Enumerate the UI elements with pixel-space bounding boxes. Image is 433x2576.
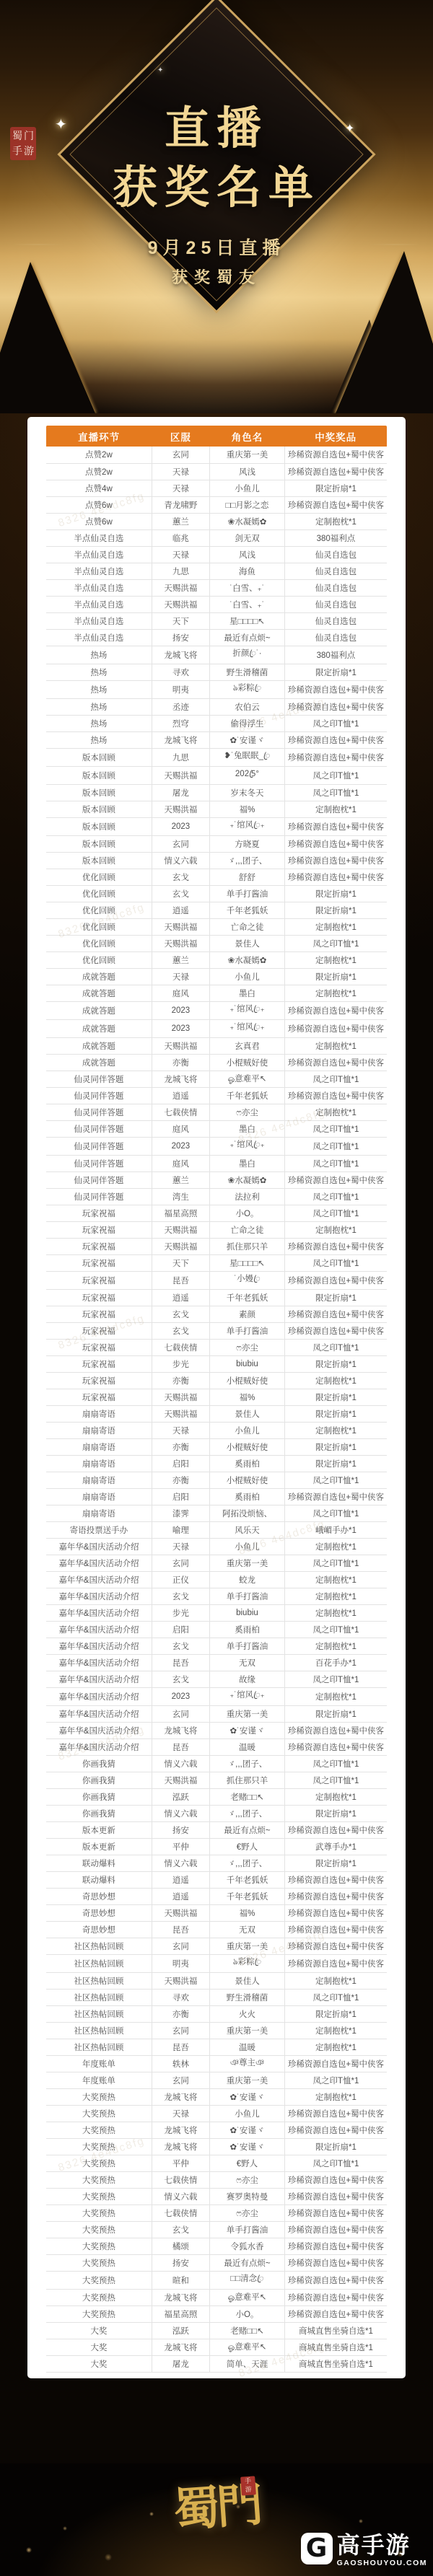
table-cell: 逍遥 — [152, 1871, 209, 1888]
table-row: 大奖预热玄戈单手打酱油珍稀资源自选包+蜀中侠客 — [46, 2221, 387, 2238]
table-cell: 定制抱枕*1 — [284, 1588, 387, 1604]
table-cell: 昆吾 — [152, 1738, 209, 1755]
table-cell: 社区热帖回顾 — [46, 2039, 152, 2055]
table-cell: 单手打酱油 — [210, 1638, 285, 1654]
table-cell: 天赐洪福 — [152, 766, 209, 784]
table-row: 版本更新平仲€野人武尊手办*1 — [46, 1838, 387, 1855]
table-cell: □□清念ꦿ — [210, 2271, 285, 2289]
table-row: 半点仙灵自选天禄风浅仙灵自选包 — [46, 546, 387, 563]
table-cell: 千年老狐妖 — [210, 1871, 285, 1888]
table-cell: ₊˙绾风ꦿ₊ — [210, 1019, 285, 1037]
table-cell: 限定折扇*1 — [284, 1855, 387, 1871]
table-cell: ゞ,,,团子、 — [210, 1855, 285, 1871]
table-cell: 版本回顾 — [46, 784, 152, 801]
table-cell: 限定折扇*1 — [284, 664, 387, 680]
table-cell: 星□□□□↖ — [210, 1254, 285, 1271]
table-cell: 亦衡 — [152, 2005, 209, 2022]
table-cell: ෆ亦尘 — [210, 2171, 285, 2188]
table-cell: 你画我猜 — [46, 1755, 152, 1772]
table-row: 嘉年华&国庆活动介绍玄戈单手打酱油定制抱枕*1 — [46, 1588, 387, 1604]
table-cell: 仙灵自选包 — [284, 596, 387, 612]
table-cell: 逍遥 — [152, 1087, 209, 1104]
table-cell: 珍稀资源自选包+蜀中侠客 — [284, 2105, 387, 2122]
table-cell: 奚雨柏 — [210, 1488, 285, 1505]
table-cell: 舒舒 — [210, 869, 285, 885]
table-row: 嘉年华&国庆活动介绍玄戈单手打酱油定制抱枕*1 — [46, 1638, 387, 1654]
table-row: 联动爆料逍遥千年老狐妖珍稀资源自选包+蜀中侠客 — [46, 1871, 387, 1888]
table-cell: 珍稀资源自选包+蜀中侠客 — [284, 2122, 387, 2138]
table-cell: 启阳 — [152, 1621, 209, 1638]
table-cell: 定制抱枕*1 — [284, 1687, 387, 1705]
table-row: 联动爆料情义六载ゞ,,,团子、限定折扇*1 — [46, 1855, 387, 1871]
table-cell: 版本更新 — [46, 1821, 152, 1838]
table-row: 年度账单轶林ঞ尊主ঞ珍稀资源自选包+蜀中侠客 — [46, 2055, 387, 2072]
table-cell: 凤之印T恤*1 — [284, 1505, 387, 1521]
table-cell: 亦衡 — [152, 1054, 209, 1071]
table-cell: 大奖预热 — [46, 2204, 152, 2221]
table-row: 大奖屠龙简单、天涯商城直售坐骑自选*1 — [46, 2355, 387, 2372]
table-row: 大奖预热龙城飞将ஓ意难平↖珍稀资源自选包+蜀中侠客 — [46, 2289, 387, 2305]
table-cell: 龙城飞将 — [152, 2088, 209, 2105]
table-cell: 380福利点 — [284, 646, 387, 664]
table-row: 优化回顾玄戈单手打酱油限定折扇*1 — [46, 885, 387, 902]
table-row: 大奖预热福星高照小O。珍稀资源自选包+蜀中侠客 — [46, 2305, 387, 2322]
table-cell: 最近有点烦~ — [210, 2254, 285, 2271]
table-cell: 点赞6w — [46, 513, 152, 529]
table-cell: 天赐洪福 — [152, 935, 209, 951]
table-cell: 大奖预热 — [46, 2122, 152, 2138]
table-row: 玩家祝福玄戈单手打酱油珍稀资源自选包+蜀中侠客 — [46, 1322, 387, 1339]
brand-url: GAOSHOUYOU.COM — [337, 2559, 427, 2567]
table-cell: 优化回顾 — [46, 951, 152, 968]
table-row: 热场龙城飞将✿˙安谨ヾ珍稀资源自选包+蜀中侠客 — [46, 731, 387, 748]
table-cell: ✿˙安谨ヾ — [210, 2088, 285, 2105]
table-cell: 启阳 — [152, 1488, 209, 1505]
table-cell: 点赞2w — [46, 447, 152, 463]
table-cell: 故缘 — [210, 1671, 285, 1687]
table-cell: 定制抱枕*1 — [284, 1104, 387, 1120]
table-cell: 限定折扇*1 — [284, 1289, 387, 1306]
table-cell: 2023 — [152, 1687, 209, 1705]
hero-banner: ✦ ✦ ✦ 蜀 门 手 游 直播 获奖名单 9月25日直播 获奖蜀友 — [0, 0, 433, 413]
table-row: 大奖预热情义六载赛罗奥特曼珍稀资源自选包+蜀中侠客 — [46, 2188, 387, 2204]
table-row: 嘉年华&国庆活动介绍正仪蛟龙定制抱枕*1 — [46, 1571, 387, 1588]
table-cell: 珍稀资源自选包+蜀中侠客 — [284, 2221, 387, 2238]
table-cell: 九思 — [152, 748, 209, 766]
table-cell: 天禄 — [152, 1538, 209, 1555]
table-row: 仙灵同伴答题逍遥千年老狐妖珍稀资源自选包+蜀中侠客 — [46, 1087, 387, 1104]
table-cell: 丞迹 — [152, 698, 209, 715]
table-cell: 限定折扇*1 — [284, 1389, 387, 1405]
table-cell: 龙城飞将 — [152, 2138, 209, 2155]
table-cell: 玩家祝福 — [46, 1355, 152, 1372]
table-row: 玩家祝福步光biubiu限定折扇*1 — [46, 1355, 387, 1372]
table-cell: 天赐洪福 — [152, 1389, 209, 1405]
table-cell: 成就答题 — [46, 1054, 152, 1071]
table-row: 奇思妙想天赐洪福福%珍稀资源自选包+蜀中侠客 — [46, 1904, 387, 1921]
table-cell: 珍稀资源自选包+蜀中侠客 — [284, 2289, 387, 2305]
table-cell: 玄同 — [152, 835, 209, 852]
table-cell: ঌ彩粽ꦿ — [210, 1954, 285, 1972]
subtitle-winners: 获奖蜀友 — [0, 265, 433, 288]
table-cell: 限定折扇*1 — [284, 1455, 387, 1472]
table-cell: 定制抱枕*1 — [284, 2088, 387, 2105]
table-cell: 定制抱枕*1 — [284, 2039, 387, 2055]
table-cell: 小鱼儿 — [210, 1422, 285, 1438]
table-cell: 小棍贼好使 — [210, 1438, 285, 1455]
table-row: 大奖预热扬安最近有点烦~珍稀资源自选包+蜀中侠客 — [46, 2254, 387, 2271]
table-cell: 嘉年华&国庆活动介绍 — [46, 1621, 152, 1638]
table-row: 玩家祝福天赐洪福亡命之徒定制抱枕*1 — [46, 1221, 387, 1238]
table-cell: 小鱼儿 — [210, 2105, 285, 2122]
table-cell: 嘉年华&国庆活动介绍 — [46, 1588, 152, 1604]
table-cell: 珍稀资源自选包+蜀中侠客 — [284, 1888, 387, 1904]
table-cell: 凤之印T恤*1 — [284, 1989, 387, 2005]
table-cell: 珍稀资源自选包+蜀中侠客 — [284, 496, 387, 513]
table-cell: 大奖 — [46, 2322, 152, 2339]
table-cell: 亦衡 — [152, 1372, 209, 1389]
table-cell: 珍稀资源自选包+蜀中侠客 — [284, 869, 387, 885]
table-cell: 定制抱枕*1 — [284, 985, 387, 1001]
table-cell: 步光 — [152, 1604, 209, 1621]
table-cell: 扇扇寄语 — [46, 1438, 152, 1455]
table-cell: 限定折扇*1 — [284, 1705, 387, 1722]
table-cell: 成就答题 — [46, 1019, 152, 1037]
table-row: 嘉年华&国庆活动介绍昆吾无双百花手办*1 — [46, 1654, 387, 1671]
table-cell: 情义六载 — [152, 852, 209, 869]
table-cell: 珍稀资源自选包+蜀中侠客 — [284, 2171, 387, 2188]
table-cell: 令狐水香 — [210, 2238, 285, 2254]
table-cell: ❀水凝嫣✿ — [210, 951, 285, 968]
table-cell: 逍遥 — [152, 902, 209, 918]
table-cell: 小鱼儿 — [210, 968, 285, 985]
table-cell: 平仲 — [152, 2155, 209, 2171]
table-cell: 珍稀资源自选包+蜀中侠客 — [284, 1238, 387, 1254]
table-row: 嘉年华&国庆活动介绍2023₊˙绾风ꦿ₊定制抱枕*1 — [46, 1687, 387, 1705]
table-cell: 嘉年华&国庆活动介绍 — [46, 1571, 152, 1588]
table-cell: 玄同 — [152, 1705, 209, 1722]
table-cell: 正仪 — [152, 1571, 209, 1588]
table-row: 半点仙灵自选天赐洪福˙白雪、₊˙仙灵自选包 — [46, 596, 387, 612]
table-cell: 情义六载 — [152, 1805, 209, 1821]
table-cell: 蕙兰 — [152, 951, 209, 968]
table-row: 热场烈穹偷得浮生凤之印T恤*1 — [46, 715, 387, 731]
table-row: 版本回顾天赐洪福2025ꦿ°凤之印T恤*1 — [46, 766, 387, 784]
table-cell: 天赐洪福 — [152, 918, 209, 935]
table-cell: 2023 — [152, 1137, 209, 1155]
table-cell: 大奖预热 — [46, 2105, 152, 2122]
table-cell: 橘颂 — [152, 2238, 209, 2254]
table-cell: 扇扇寄语 — [46, 1405, 152, 1422]
table-cell: 临兆 — [152, 529, 209, 546]
table-cell: 珍稀资源自选包+蜀中侠客 — [284, 680, 387, 698]
table-cell: 半点仙灵自选 — [46, 529, 152, 546]
table-row: 仙灵同伴答题龙城飞将ஓ意难平↖凤之印T恤*1 — [46, 1071, 387, 1087]
table-cell: 天赐洪福 — [152, 579, 209, 596]
table-cell: 玩家祝福 — [46, 1289, 152, 1306]
table-cell: 福% — [210, 1389, 285, 1405]
table-cell: 仙灵自选包 — [284, 629, 387, 646]
brand-text-block: 高手游 GAOSHOUYOU.COM — [337, 2533, 427, 2567]
table-cell: 风浅 — [210, 546, 285, 563]
table-cell: 凤之印T恤*1 — [284, 1555, 387, 1571]
table-row: 玩家祝福七载侠情ෆ亦尘凤之印T恤*1 — [46, 1339, 387, 1355]
table-cell: 仙灵自选包 — [284, 546, 387, 563]
table-cell: 重庆第一美 — [210, 2022, 285, 2039]
table-cell: ✿˙安谨ヾ — [210, 731, 285, 748]
table-cell: 商城直售坐骑自选*1 — [284, 2355, 387, 2372]
table-cell: ঞ尊主ঞ — [210, 2055, 285, 2072]
table-cell: 奚雨柏 — [210, 1621, 285, 1638]
table-cell: 天赐洪福 — [152, 1405, 209, 1422]
table-row: 大奖泓跃老赌□□↖商城直售坐骑自选*1 — [46, 2322, 387, 2339]
table-row: 大奖预热暄和□□清念ꦿ珍稀资源自选包+蜀中侠客 — [46, 2271, 387, 2289]
table-cell: 点赞4w — [46, 480, 152, 496]
table-cell: 珍稀资源自选包+蜀中侠客 — [284, 1001, 387, 1019]
brand-name: 高手游 — [337, 2533, 411, 2557]
table-row: 大奖预热龙城飞将✿˙安谨ヾ定制抱枕*1 — [46, 2088, 387, 2105]
table-row: 优化回顾天赐洪福亡命之徒定制抱枕*1 — [46, 918, 387, 935]
table-cell: 凤之印T恤*1 — [284, 1621, 387, 1638]
prize-table: 直播环节区服角色名中奖奖品 点赞2w玄同重庆第一美珍稀资源自选包+蜀中侠客点赞2… — [46, 426, 387, 2373]
table-cell: 珍稀资源自选包+蜀中侠客 — [284, 1722, 387, 1738]
title-line-1: 直播 — [0, 100, 433, 159]
table-cell: ˙白雪、₊˙ — [210, 596, 285, 612]
table-cell: 凤之印T恤*1 — [284, 784, 387, 801]
table-cell: 定制抱枕*1 — [284, 1638, 387, 1654]
table-cell: 明夷 — [152, 680, 209, 698]
table-cell: 折颜ꦿ˙· — [210, 646, 285, 664]
table-cell: 玩家祝福 — [46, 1372, 152, 1389]
table-row: 扇扇寄语漆霁阿拓没烦恼、凤之印T恤*1 — [46, 1505, 387, 1521]
table-row: 版本回顾屠龙岁末冬天凤之印T恤*1 — [46, 784, 387, 801]
table-cell: 风乐天 — [210, 1521, 285, 1538]
table-cell: 半点仙灵自选 — [46, 612, 152, 629]
table-cell: 暄和 — [152, 2271, 209, 2289]
table-cell: 凤之印T恤*1 — [284, 1155, 387, 1171]
table-cell: 玩家祝福 — [46, 1322, 152, 1339]
table-row: 扇扇寄语亦衡小棍贼好使限定折扇*1 — [46, 1438, 387, 1455]
decorative-line — [13, 244, 65, 245]
table-cell: 珍稀资源自选包+蜀中侠客 — [284, 817, 387, 835]
table-cell: 定制抱枕*1 — [284, 1221, 387, 1238]
table-row: 版本回顾九思❥˙兔眠眠_ꦿ珍稀资源自选包+蜀中侠客 — [46, 748, 387, 766]
table-cell: 半点仙灵自选 — [46, 579, 152, 596]
table-cell: 奇思妙想 — [46, 1904, 152, 1921]
subtitle-date: 9月25日直播 — [0, 234, 433, 260]
table-cell: ෆ亦尘 — [210, 2204, 285, 2221]
table-cell: 亡命之徒 — [210, 1221, 285, 1238]
table-cell: 社区热帖回顾 — [46, 1989, 152, 2005]
column-header: 中奖奖品 — [284, 426, 387, 447]
table-cell: 嘉年华&国庆活动介绍 — [46, 1538, 152, 1555]
column-header: 区服 — [152, 426, 209, 447]
table-cell: 泓跃 — [152, 1788, 209, 1805]
table-cell: 仙灵同伴答题 — [46, 1071, 152, 1087]
table-cell: 赛罗奥特曼 — [210, 2188, 285, 2204]
table-cell: 珍稀资源自选包+蜀中侠客 — [284, 1954, 387, 1972]
table-row: 玩家祝福逍遥千年老狐妖限定折扇*1 — [46, 1289, 387, 1306]
table-cell: ஓ意难平↖ — [210, 1071, 285, 1087]
table-cell: 嘉年华&国庆活动介绍 — [46, 1705, 152, 1722]
table-row: 点赞6w蕙兰❀水凝嫣✿定制抱枕*1 — [46, 513, 387, 529]
table-row: 社区热帖回顾玄同重庆第一美定制抱枕*1 — [46, 2022, 387, 2039]
table-cell: 千年老狐妖 — [210, 1087, 285, 1104]
table-cell: 玩家祝福 — [46, 1339, 152, 1355]
table-cell: 限定折扇*1 — [284, 968, 387, 985]
table-cell: 限定折扇*1 — [284, 1355, 387, 1372]
table-cell: 珍稀资源自选包+蜀中侠客 — [284, 1488, 387, 1505]
table-cell: 珍稀资源自选包+蜀中侠客 — [284, 2254, 387, 2271]
table-cell: 蕙兰 — [152, 513, 209, 529]
table-cell: 联动爆料 — [46, 1855, 152, 1871]
table-cell: 老赌□□↖ — [210, 1788, 285, 1805]
table-cell: 天禄 — [152, 968, 209, 985]
table-cell: 凤之印T恤*1 — [284, 1772, 387, 1788]
table-row: 点赞2w玄同重庆第一美珍稀资源自选包+蜀中侠客 — [46, 447, 387, 463]
table-cell: 单手打酱油 — [210, 2221, 285, 2238]
table-cell: 珍稀资源自选包+蜀中侠客 — [284, 2055, 387, 2072]
table-row: 版本回顾天赐洪福福%定制抱枕*1 — [46, 801, 387, 817]
table-cell: 珍稀资源自选包+蜀中侠客 — [284, 1938, 387, 1954]
table-cell: 玄戈 — [152, 1638, 209, 1654]
table-cell: □□月影之恋 — [210, 496, 285, 513]
table-row: 嘉年华&国庆活动介绍玄同重庆第一美凤之印T恤*1 — [46, 1555, 387, 1571]
table-cell: 成就答题 — [46, 985, 152, 1001]
table-cell: 年度账单 — [46, 2055, 152, 2072]
table-cell: 版本更新 — [46, 1838, 152, 1855]
table-cell: 扇扇寄语 — [46, 1422, 152, 1438]
table-row: 社区热帖回顾亦衡火火限定折扇*1 — [46, 2005, 387, 2022]
table-cell: 凤之印T恤*1 — [284, 1120, 387, 1137]
table-row: 嘉年华&国庆活动介绍龙城飞将✿˙安谨ヾ珍稀资源自选包+蜀中侠客 — [46, 1722, 387, 1738]
table-cell: 玄戈 — [152, 869, 209, 885]
subtitle-date-text: 9月25日直播 — [148, 238, 286, 258]
table-cell: ❀水凝嫣✿ — [210, 1171, 285, 1188]
table-cell: 千年老狐妖 — [210, 1888, 285, 1904]
table-row: 成就答题天赐洪福玄真君定制抱枕*1 — [46, 1037, 387, 1054]
table-row: 半点仙灵自选临兆剑无双380福利点 — [46, 529, 387, 546]
table-cell: 景佳人 — [210, 1405, 285, 1422]
table-cell: 千年老狐妖 — [210, 902, 285, 918]
table-cell: 凤之印T恤*1 — [284, 1671, 387, 1687]
table-cell: 定制抱枕*1 — [284, 513, 387, 529]
table-cell: 凤之印T恤*1 — [284, 935, 387, 951]
table-cell: 扬安 — [152, 629, 209, 646]
table-cell: 小O。 — [210, 1205, 285, 1221]
table-cell: 福% — [210, 801, 285, 817]
table-cell: 单手打酱油 — [210, 1322, 285, 1339]
table-cell: 玄真君 — [210, 1037, 285, 1054]
table-cell: 仙灵自选包 — [284, 612, 387, 629]
table-cell: 珍稀资源自选包+蜀中侠客 — [284, 698, 387, 715]
table-cell: 版本回顾 — [46, 748, 152, 766]
table-cell: 重庆第一美 — [210, 1555, 285, 1571]
table-cell: 庭风 — [152, 1120, 209, 1137]
table-cell: 景佳人 — [210, 1972, 285, 1989]
table-cell: ˙白雪、₊˙ — [210, 579, 285, 596]
table-row: 大奖预热七载侠情ෆ亦尘珍稀资源自选包+蜀中侠客 — [46, 2204, 387, 2221]
table-cell: ❀水凝嫣✿ — [210, 513, 285, 529]
table-cell: 重庆第一美 — [210, 2072, 285, 2088]
table-cell: 半点仙灵自选 — [46, 629, 152, 646]
table-cell: 珍稀资源自选包+蜀中侠客 — [284, 2305, 387, 2322]
table-cell: 平仲 — [152, 1838, 209, 1855]
table-cell: 玩家祝福 — [46, 1271, 152, 1289]
table-cell: 定制抱枕*1 — [284, 1788, 387, 1805]
table-cell: 半点仙灵自选 — [46, 563, 152, 579]
table-cell: 珍稀资源自选包+蜀中侠客 — [284, 1087, 387, 1104]
table-cell: 扇扇寄语 — [46, 1505, 152, 1521]
table-cell: 凤之印T恤*1 — [284, 1071, 387, 1087]
column-header: 角色名 — [210, 426, 285, 447]
table-cell: 七载侠情 — [152, 1339, 209, 1355]
table-cell: 珍稀资源自选包+蜀中侠客 — [284, 1054, 387, 1071]
table-cell: 龙城飞将 — [152, 1071, 209, 1087]
table-cell: 嘉年华&国庆活动介绍 — [46, 1722, 152, 1738]
table-cell: 烈穹 — [152, 715, 209, 731]
table-row: 你画我猜泓跃老赌□□↖定制抱枕*1 — [46, 1788, 387, 1805]
table-cell: 嘉年华&国庆活动介绍 — [46, 1604, 152, 1621]
table-row: 大奖预热天禄小鱼儿珍稀资源自选包+蜀中侠客 — [46, 2105, 387, 2122]
table-cell: 天赐洪福 — [152, 1772, 209, 1788]
table-cell: 老赌□□↖ — [210, 2322, 285, 2339]
table-cell: 天下 — [152, 612, 209, 629]
table-cell: 仙灵同伴答题 — [46, 1155, 152, 1171]
prize-table-head: 直播环节区服角色名中奖奖品 — [46, 426, 387, 447]
table-row: 仙灵同伴答题蕙兰❀水凝嫣✿珍稀资源自选包+蜀中侠客 — [46, 1171, 387, 1188]
table-cell: 你画我猜 — [46, 1772, 152, 1788]
table-cell: 情义六载 — [152, 2188, 209, 2204]
table-row: 你画我猜情义六载ゞ,,,团子、限定折扇*1 — [46, 1805, 387, 1821]
table-cell: 温暖 — [210, 2039, 285, 2055]
table-cell: 年度账单 — [46, 2072, 152, 2088]
table-cell: 大奖预热 — [46, 2271, 152, 2289]
table-cell: 仙灵同伴答题 — [46, 1188, 152, 1205]
table-row: 社区热帖回顾明夷ঌ彩粽ꦿ珍稀资源自选包+蜀中侠客 — [46, 1954, 387, 1972]
table-row: 玩家祝福天赐洪福福%限定折扇*1 — [46, 1389, 387, 1405]
table-cell: 偷得浮生 — [210, 715, 285, 731]
table-row: 嘉年华&国庆活动介绍启阳奚雨柏凤之印T恤*1 — [46, 1621, 387, 1638]
table-cell: 风浅 — [210, 463, 285, 480]
table-row: 扇扇寄语天赐洪福景佳人限定折扇*1 — [46, 1405, 387, 1422]
table-cell: 扇扇寄语 — [46, 1488, 152, 1505]
table-cell: 2023 — [152, 817, 209, 835]
table-cell: 墨白 — [210, 1120, 285, 1137]
table-cell: 大奖 — [46, 2339, 152, 2355]
table-cell: 嘉年华&国庆活动介绍 — [46, 1555, 152, 1571]
table-cell: 天禄 — [152, 546, 209, 563]
table-cell: 珍稀资源自选包+蜀中侠客 — [284, 1921, 387, 1938]
table-cell: 逍遥 — [152, 1888, 209, 1904]
table-cell: 小棍贼好使 — [210, 1472, 285, 1488]
prize-table-body: 点赞2w玄同重庆第一美珍稀资源自选包+蜀中侠客点赞2w天禄风浅珍稀资源自选包+蜀… — [46, 447, 387, 2372]
table-cell: 龙城飞将 — [152, 1722, 209, 1738]
table-cell: 峨嵋手办*1 — [284, 1521, 387, 1538]
table-cell: 福星高照 — [152, 1205, 209, 1221]
table-cell: 农伯云 — [210, 698, 285, 715]
table-cell: 热场 — [46, 698, 152, 715]
table-cell: 仙灵同伴答题 — [46, 1120, 152, 1137]
table-cell: 限定折扇*1 — [284, 902, 387, 918]
table-cell: 千年老狐妖 — [210, 1289, 285, 1306]
table-cell: 凤之印T恤*1 — [284, 1137, 387, 1155]
table-cell: 2023 — [152, 1001, 209, 1019]
table-cell: 天赐洪福 — [152, 596, 209, 612]
table-cell: 珍稀资源自选包+蜀中侠客 — [284, 2238, 387, 2254]
table-cell: 定制抱枕*1 — [284, 1037, 387, 1054]
table-cell: 限定折扇*1 — [284, 2138, 387, 2155]
